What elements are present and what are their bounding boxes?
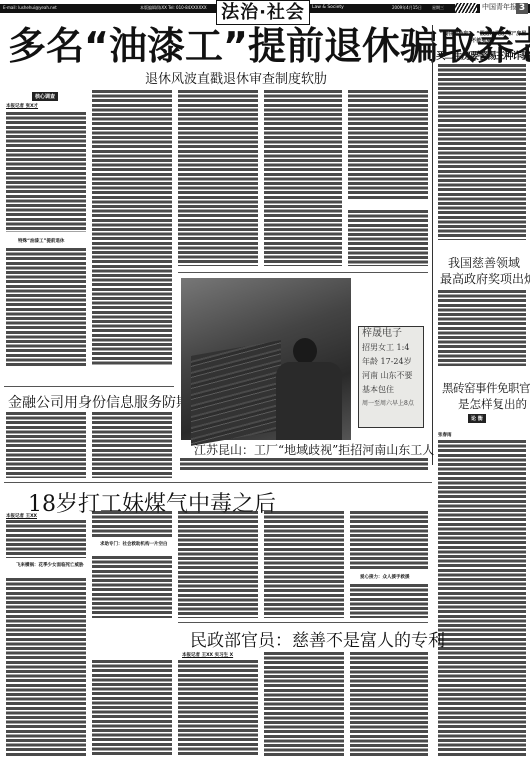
gas-column-1b xyxy=(6,578,86,756)
sidebar-top-body xyxy=(438,64,526,240)
sign-line-2: 招男女工 1:4 xyxy=(362,341,423,355)
lead-subhead: 特殊“油漆工”提前退休 xyxy=(18,238,64,244)
sidebar-mid-headline-1: 我国慈善领域 xyxy=(448,254,520,271)
lead-column-1 xyxy=(6,112,86,232)
issue-date: 2009年4月15日 xyxy=(392,5,422,11)
person-head xyxy=(293,338,317,364)
lead-column-2 xyxy=(92,90,172,366)
photo-caption-body xyxy=(180,458,428,470)
sidebar-low-byline: 张春雨 xyxy=(438,432,452,438)
sign-line-3: 年龄 17-24岁 xyxy=(362,355,423,369)
charity-column-3 xyxy=(264,652,344,756)
finance-headline: 金融公司用身份信息服务防欺诈 xyxy=(8,392,204,412)
page-number: 3 xyxy=(516,3,528,14)
charity-column-1 xyxy=(92,660,172,756)
gas-column-2b xyxy=(92,556,172,618)
lead-column-5 xyxy=(348,90,428,200)
sidebar-low-headline-2: 是怎样复出的 xyxy=(458,396,527,412)
gas-subhead-3: 求助专门：社会救助机构一片空白 xyxy=(100,541,168,547)
sidebar-top-headline: 买二手房要警惕三种诈骗 xyxy=(436,48,530,62)
lead-column-4 xyxy=(264,90,342,266)
photo-top-rule xyxy=(178,272,428,273)
lead-column-3 xyxy=(178,90,258,266)
lead-column-5b xyxy=(348,210,428,266)
paper-logo: 中国青年报 xyxy=(480,2,519,13)
finance-column-1 xyxy=(6,412,86,478)
gas-subhead-2: 爱心接力：众人援手救援 xyxy=(360,574,410,580)
gas-column-5b xyxy=(350,584,428,618)
charity-headline: 民政部官员：慈善不是富人的专利 xyxy=(190,626,445,651)
sign-line-5: 基本包住 xyxy=(362,383,423,397)
gas-column-3 xyxy=(178,511,258,618)
gas-column-5 xyxy=(350,511,428,569)
photo-man-with-chalkboards xyxy=(181,278,351,440)
gas-subhead-1: 飞来横祸：花季少女面临死亡威胁 xyxy=(16,562,84,568)
lead-subheadline: 退休风波直戳退休审查制度软肋 xyxy=(145,68,327,87)
finance-column-2 xyxy=(92,412,172,478)
finance-top-rule xyxy=(4,386,174,387)
lead-column-1b xyxy=(6,248,86,366)
sidebar-low-tag: 论 衡 xyxy=(468,414,486,423)
masthead-email: E-mail: lushehui@yeah.net xyxy=(3,5,57,11)
charity-column-2 xyxy=(178,660,258,756)
sidebar-low-body xyxy=(438,440,526,756)
sidebar-top-kicker: “假住房换房”、“假房东卖房”和“房屋不能卖房” xyxy=(438,31,528,45)
photo-recruitment-sign: 梓晟电子 招男女工 1:4 年龄 17-24岁 河南 山东不要 基本包住 周一至… xyxy=(358,326,424,428)
masthead-editor: 本版编辑/陈XX Tel: 010-84XXXXXX xyxy=(140,5,207,11)
lead-tag: 核心调查 xyxy=(32,92,58,101)
gas-column-4 xyxy=(264,511,344,618)
gas-column-1 xyxy=(6,520,86,558)
sign-line-4: 河南 山东不要 xyxy=(362,369,423,383)
sign-line-6: 周一至周六早上8点 xyxy=(362,397,423,411)
charity-byline: 本报记者 王XX 实习生 X xyxy=(182,652,233,658)
issue-weekday: 星期三 xyxy=(432,5,444,11)
person-body xyxy=(276,362,342,440)
sidebar-mid-body xyxy=(438,290,526,366)
sidebar-low-headline-1: 黑砖窑事件免职官员 xyxy=(442,380,530,396)
gas-column-2 xyxy=(92,511,172,537)
gas-top-rule xyxy=(4,482,432,483)
chalkboard-sign xyxy=(191,340,281,446)
lead-byline: 本报记者 张X才 xyxy=(6,103,38,109)
charity-top-rule xyxy=(178,622,428,623)
section-title: 法治·社会 xyxy=(216,0,310,25)
charity-column-4 xyxy=(350,652,428,756)
sidebar-mid-headline-2: 最高政府奖项出炉 xyxy=(440,270,530,287)
sign-line-1: 梓晟电子 xyxy=(362,327,423,341)
section-title-en: Law & Society xyxy=(312,5,344,11)
hatch-decoration-icon xyxy=(455,3,477,13)
gas-byline: 本报记者 王XX xyxy=(6,513,37,519)
photo-caption-headline: 江苏昆山：工厂“地域歧视”拒招河南山东工人 xyxy=(194,441,434,458)
sidebar-divider xyxy=(432,25,433,465)
